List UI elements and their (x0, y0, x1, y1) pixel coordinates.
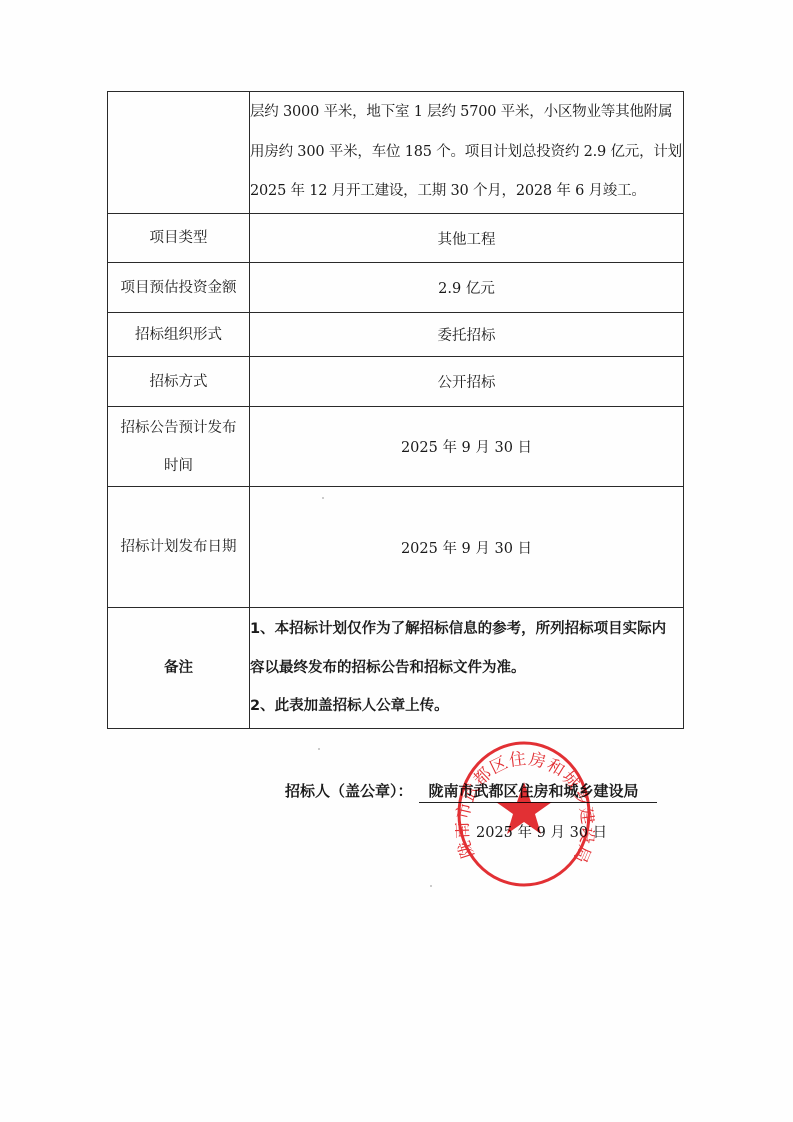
tender-method-value: 公开招标 (250, 357, 684, 407)
table-row-notes: 备注 1、本招标计划仅作为了解招标信息的参考，所列招标项目实际内 容以最终发布的… (108, 608, 684, 729)
organization-form-value: 委托招标 (250, 313, 684, 357)
table-row-tender-method: 招标方式 公开招标 (108, 357, 684, 407)
table-row-project-type: 项目类型 其他工程 (108, 214, 684, 263)
notes-content: 1、本招标计划仅作为了解招标信息的参考，所列招标项目实际内 容以最终发布的招标公… (250, 608, 684, 729)
scan-speck (322, 497, 324, 499)
project-type-label: 项目类型 (108, 214, 250, 263)
tenderer-organization: 陇南市武都区住房和城乡建设局 (419, 780, 657, 803)
signature-block: 招标人（盖公章）：陇南市武都区住房和城乡建设局 (285, 780, 657, 803)
description-line: 2025 年 12 月开工建设，工期 30 个月，2028 年 6 月竣工。 (250, 172, 683, 212)
investment-amount-label: 项目预估投资金额 (108, 263, 250, 313)
svg-text:陇南市武都区住房和城乡建设局: 陇南市武都区住房和城乡建设局 (455, 749, 595, 866)
project-description-cell: 层约 3000 平米，地下室 1 层约 5700 平米，小区物业等其他附属 用房… (250, 92, 684, 214)
scan-speck (430, 885, 432, 887)
organization-form-label: 招标组织形式 (108, 313, 250, 357)
table-row-description: 层约 3000 平米，地下室 1 层约 5700 平米，小区物业等其他附属 用房… (108, 92, 684, 214)
tender-method-label: 招标方式 (108, 357, 250, 407)
plan-release-date-label: 招标计划发布日期 (108, 487, 250, 608)
announcement-time-label-line2: 时间 (108, 447, 249, 485)
announcement-time-value: 2025 年 9 月 30 日 (250, 407, 684, 487)
tenderer-seal-label: 招标人（盖公章）： (285, 780, 413, 801)
description-line: 用房约 300 平米，车位 185 个。项目计划总投资约 2.9 亿元，计划 (250, 133, 683, 173)
official-seal-icon: 陇南市武都区住房和城乡建设局 (455, 740, 595, 890)
announcement-time-label-line1: 招标公告预计发布 (108, 409, 249, 447)
scan-speck (318, 748, 320, 750)
document-page: 层约 3000 平米，地下室 1 层约 5700 平米，小区物业等其他附属 用房… (0, 0, 793, 1122)
signature-date: 2025 年 9 月 30 日 (476, 821, 607, 842)
description-line: 层约 3000 平米，地下室 1 层约 5700 平米，小区物业等其他附属 (250, 93, 683, 133)
table-row-organization-form: 招标组织形式 委托招标 (108, 313, 684, 357)
seal-ring-text: 陇南市武都区住房和城乡建设局 (455, 749, 595, 866)
investment-amount-value: 2.9 亿元 (250, 263, 684, 313)
plan-release-date-value: 2025 年 9 月 30 日 (250, 487, 684, 608)
table-row-plan-release-date: 招标计划发布日期 2025 年 9 月 30 日 (108, 487, 684, 608)
description-label-cell (108, 92, 250, 214)
notes-label: 备注 (108, 608, 250, 729)
note-line: 容以最终发布的招标公告和招标文件为准。 (250, 649, 683, 688)
note-line: 1、本招标计划仅作为了解招标信息的参考，所列招标项目实际内 (250, 610, 683, 649)
table-row-announcement-time: 招标公告预计发布 时间 2025 年 9 月 30 日 (108, 407, 684, 487)
note-line: 2、此表加盖招标人公章上传。 (250, 687, 683, 726)
project-type-value: 其他工程 (250, 214, 684, 263)
table-row-investment: 项目预估投资金额 2.9 亿元 (108, 263, 684, 313)
tender-plan-table: 层约 3000 平米，地下室 1 层约 5700 平米，小区物业等其他附属 用房… (107, 91, 684, 729)
announcement-time-label: 招标公告预计发布 时间 (108, 407, 250, 487)
